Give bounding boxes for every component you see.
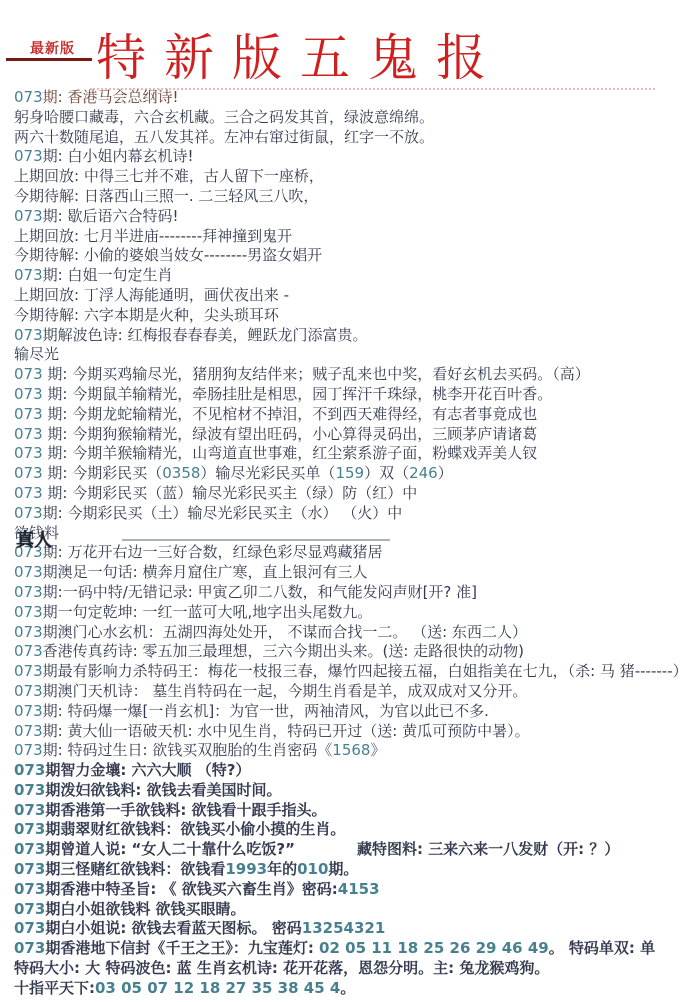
text-line: 073期香港中特圣旨: 《 欲钱买六畜生肖》密码:4153 (14, 880, 695, 900)
text-line: 073期泼妇欲钱料: 欲钱去看美国时间。 (14, 781, 695, 801)
text-line: 073期:一码中特/无错记录: 甲寅乙卯二八数，和气能发闷声财[开? 准] (14, 583, 695, 603)
right-text: 藏特图料: 三来六来一八发财（开: ？） (357, 840, 619, 858)
text-line: 073期: 特码过生日: 欲钱买双胞胎的生肖密码《1568》 (14, 741, 695, 761)
text-line: 073期解波色诗: 红梅报春春春美，鲤跃龙门添富贵。 (14, 326, 695, 346)
text-line: 073期白小姐说: 欲钱去看蓝天图标。 密码13254321 (14, 919, 695, 939)
text-line: 十指平天下:03 05 07 12 18 27 35 38 45 4。 (14, 979, 695, 999)
split-text-line: 073期曾道人说: “女人二十靠什么吃饭?”藏特图料: 三来六来一八发财（开: … (14, 840, 695, 860)
text-line: 073期澳门心水玄机：五湖四海处处开， 不谋而合找一二。 （送: 东西二人） (14, 623, 695, 643)
text-line: 073香港传真药诗: 零五加三最理想，三六今期出头来。(送: 走路很快的动物) (14, 642, 695, 662)
badge-underline (6, 58, 92, 61)
text-line: 上期回放: 中得三七并不难，古人留下一座桥， (14, 167, 695, 187)
text-line: 躬身哈腰口藏毒，六合玄机藏。三合之码发其首，绿波意绵绵。 (14, 108, 695, 128)
text-line: 特码大小: 大 特码波色: 蓝 生肖玄机诗: 花开花落，恩怨分明。主: 兔龙猴鸡… (14, 959, 695, 979)
text-line: 输尽光 (14, 345, 695, 365)
text-line: 073 期: 今期鼠羊输精光，牵肠挂肚是相思，园丁挥汗千珠绿，桃李开花百叶香。 (14, 385, 695, 405)
text-line: 073期最有影响力杀特码王：梅花一枝报三春，爆竹四起接五福，白姐指美在七九，（杀… (14, 662, 695, 682)
text-line: 073期: 黄大仙一语破天机: 水中见生肖，特码已开过（送: 黄瓜可预防中暑）。 (14, 722, 695, 742)
text-line: 073期白小姐欲钱料 欲钱买眼睛。 (14, 900, 695, 920)
text-line: 上期回放: 丁浮人海能通明，画伏夜出来 - (14, 286, 695, 306)
text-line: 073期: 特码爆一爆[一肖玄机]：为官一世，两袖清风，为官以此已不多. (14, 702, 695, 722)
text-line: 今期待解: 六字本期是火种，尖头琐耳环 (14, 306, 695, 326)
text-line: 073期: 歇后语六合特码! (14, 207, 695, 227)
text-line: 上期回放: 七月半进庙--------拜神撞到鬼开 (14, 227, 695, 247)
text-line: 073期澳门天机诗： 墓生肖特码在一起，今期生肖看是羊，成双成对又分开。 (14, 682, 695, 702)
text-line: 073期: 白小姐内幕玄机诗! (14, 147, 695, 167)
text-line: 073 期: 今期羊猴输精光，山弯道直世事难，红尘萦系游子面，粉蝶戏弄美人钗 (14, 444, 695, 464)
tip-sheet-page: 最新版 特新版五鬼报 073期: 香港马会总纲诗!躬身哈腰口藏毒，六合玄机藏。三… (0, 0, 697, 1002)
text-line: 今期待解: 小偷的婆娘当妓女--------男盗女娼开 (14, 246, 695, 266)
overlay-text: 真人 (16, 531, 52, 551)
text-line: 两六十数随尾追，五八发其祥。左冲右窜过街鼠，红字一不放。 (14, 128, 695, 148)
document-body: 073期: 香港马会总纲诗!躬身哈腰口藏毒，六合玄机藏。三合之码发其首，绿波意绵… (14, 88, 695, 999)
text-line: 073期: 香港马会总纲诗! (14, 88, 695, 108)
text-line: 073 期: 今期狗猴输精光，绿波有望出旺码，小心算得灵码出，三顾茅庐请诸葛 (14, 425, 695, 445)
text-line: 073期三怪赌红欲钱料：欲钱看1993年的010期。 (14, 860, 695, 880)
text-line: 073期: 今期彩民买（土）输尽光彩民买主（水） （火）中 (14, 504, 695, 524)
text-line: 073期一句定乾坤: 一红一蓝可大吼,地字出头尾数九。 (14, 603, 695, 623)
page-title: 特新版五鬼报 (96, 30, 504, 86)
text-line: 073期: 白姐一句定生肖 (14, 266, 695, 286)
text-line: 073期香港第一手欲钱料: 欲钱看十跟手指头。 (14, 801, 695, 821)
edition-badge: 最新版 (30, 38, 75, 58)
text-line: 073期澳足一句话: 横奔月窟住广寒，直上银河有三人 (14, 563, 695, 583)
left-text: 073期曾道人说: “女人二十靠什么吃饭?” (14, 840, 295, 858)
text-line: 今期待解: 日落西山三照一. 二三轻风三八吹， (14, 187, 695, 207)
text-line: 073 期: 今期彩民买（蓝）输尽光彩民买主（绿）防（红）中 (14, 484, 695, 504)
overlapped-scrap-line: 欲钱料真人 (14, 524, 695, 544)
text-line: 073期香港地下信封《千王之王》：九宝莲灯: 02 05 11 18 25 26… (14, 939, 695, 959)
text-line: 073期智力金壤: 六六大顺 （特?） (14, 761, 695, 781)
text-line: 073期: 万花开右边一三好合数，红绿色彩尽显鸡藏猪居 (14, 543, 695, 563)
text-line: 073 期: 今期龙蛇输精光，不见棺材不掉泪，不到西天难得经，有志者事竟成也 (14, 405, 695, 425)
text-line: 073 期: 今期买鸡输尽光，猪朋狗友结伴来；贼子乱来也中奖，看好玄机去买码。（… (14, 365, 695, 385)
erased-rule (122, 539, 390, 541)
text-line: 073期翡翠财红欲钱料：欲钱买小偷小摸的生肖。 (14, 820, 695, 840)
text-line: 073 期: 今期彩民买（0358）输尽光彩民买单（159）双（246） (14, 464, 695, 484)
